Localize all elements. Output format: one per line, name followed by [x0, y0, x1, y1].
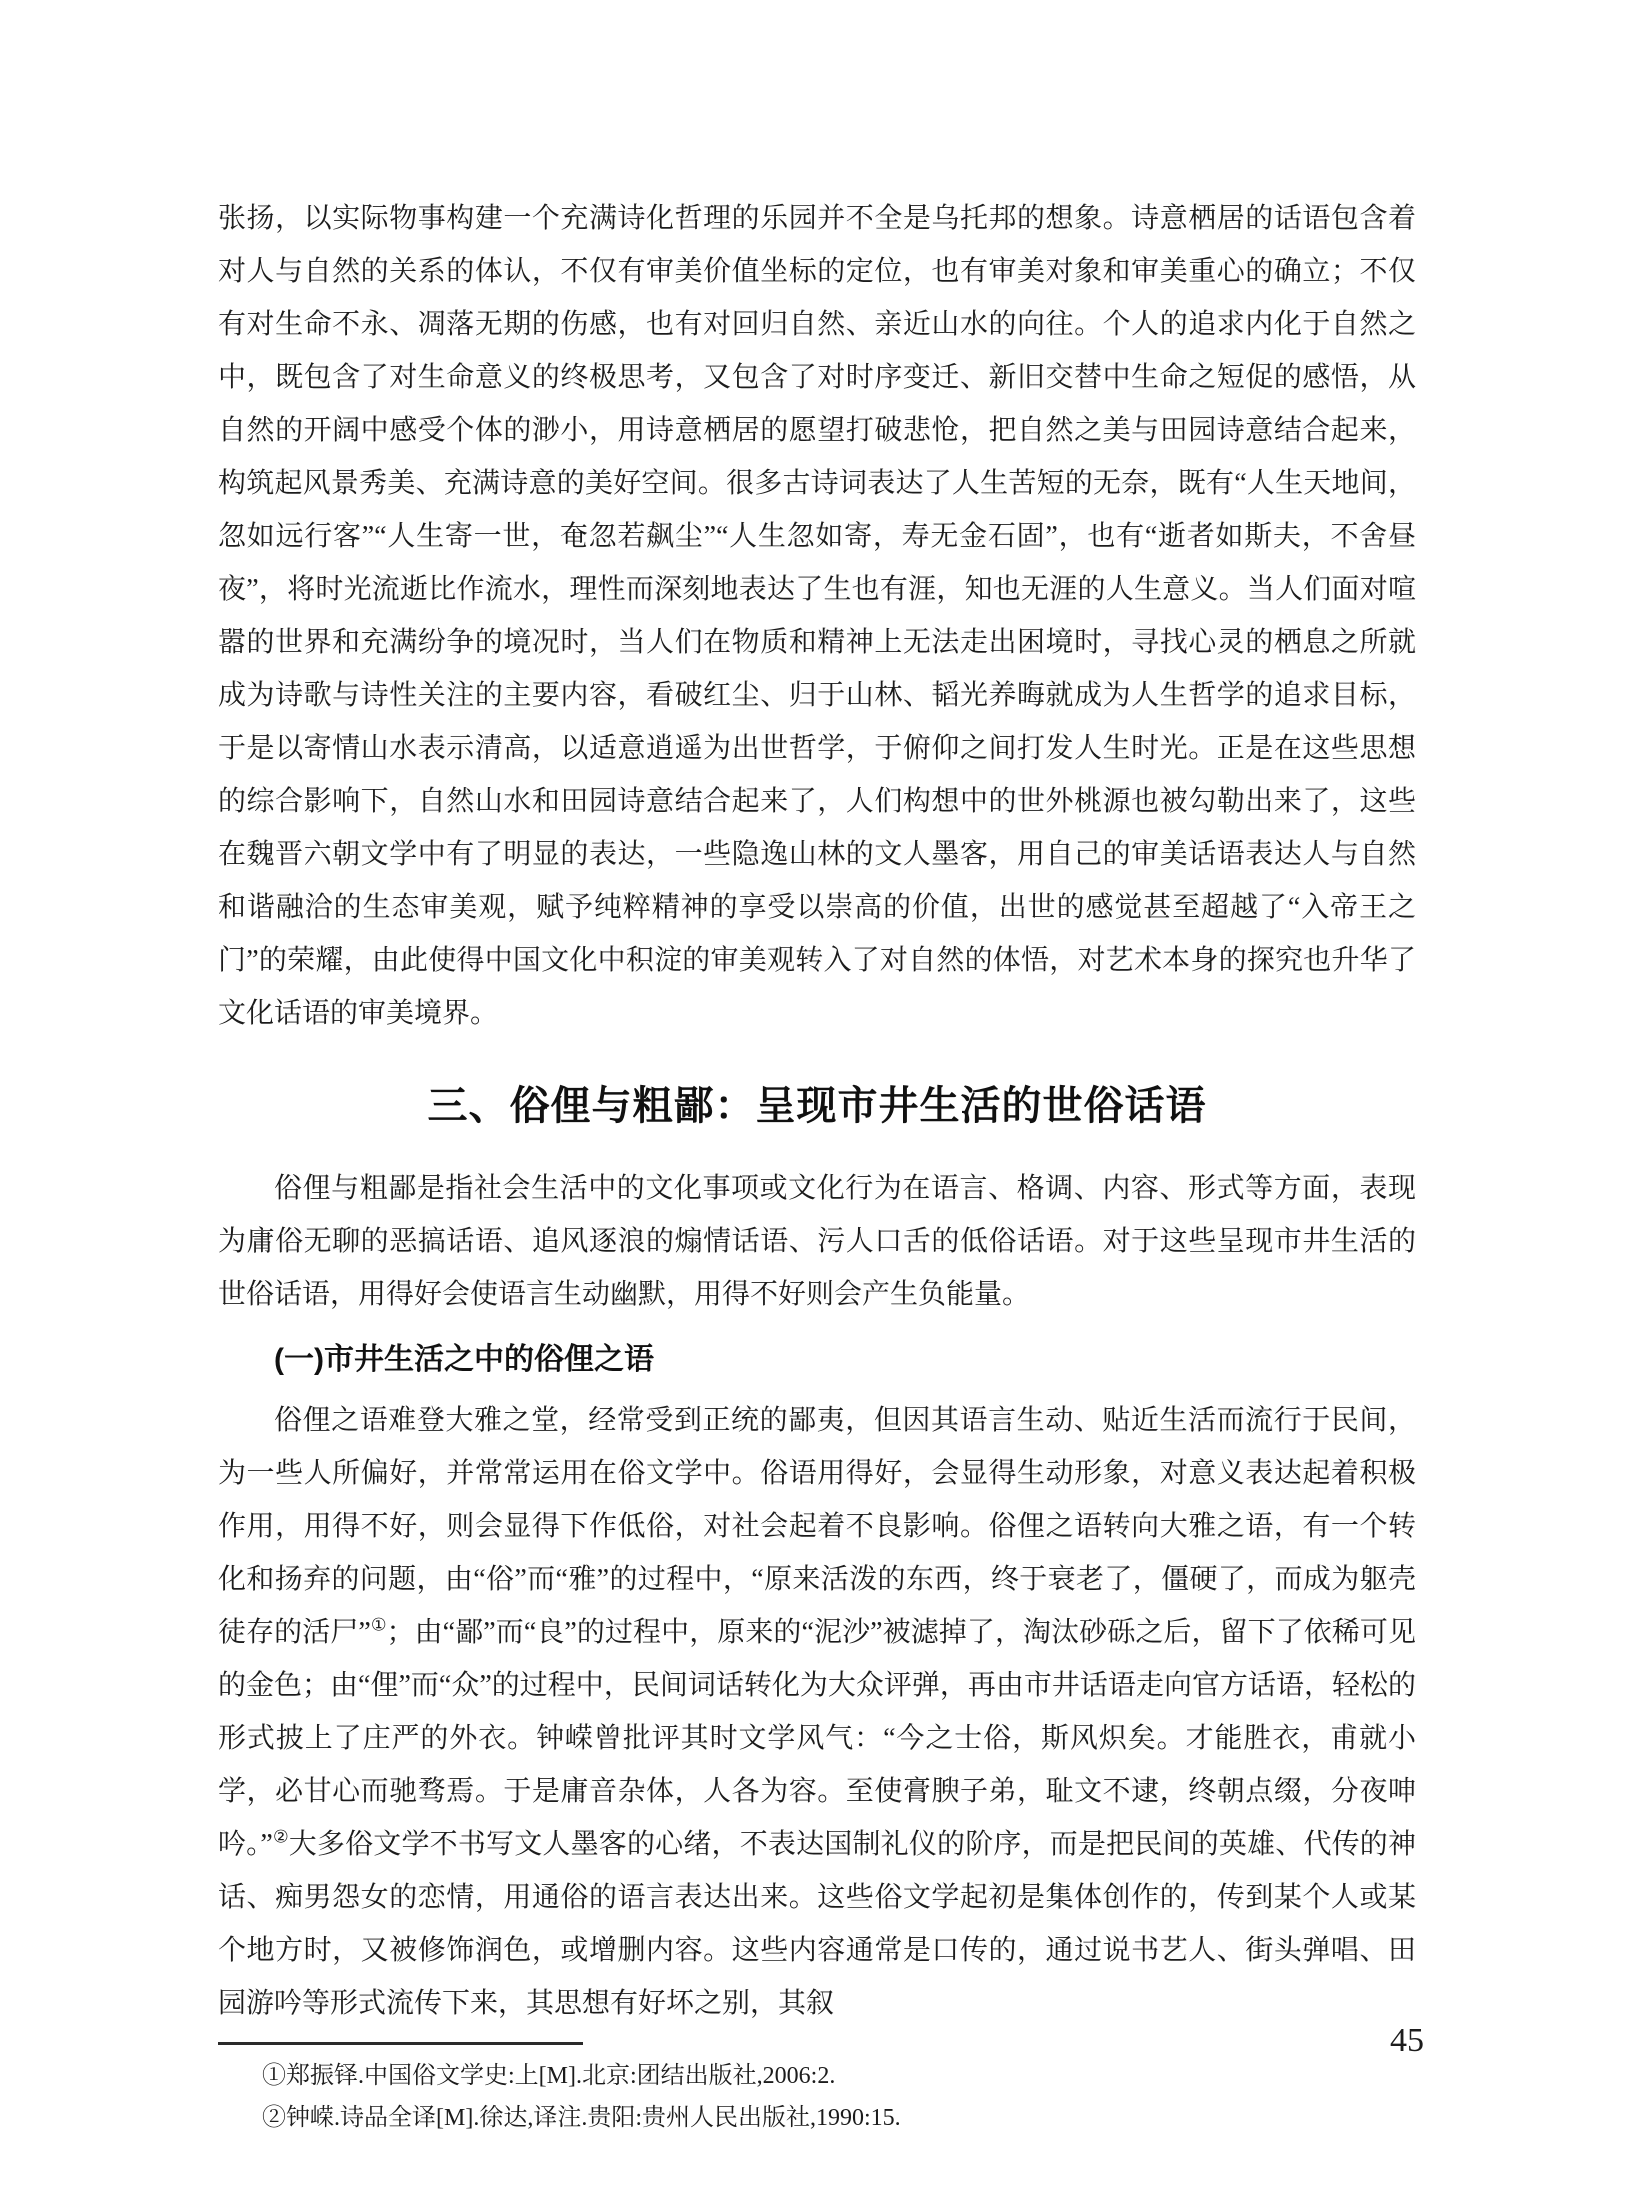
footnote-2-marker: ② — [262, 2105, 286, 2131]
section-heading: 三、俗俚与粗鄙：呈现市井生活的世俗话语 — [218, 1078, 1416, 1134]
page-number: 45 — [1390, 2022, 1424, 2060]
footnote-1-marker: ① — [262, 2063, 286, 2089]
paragraph-poetic-dwelling: 张扬，以实际物事构建一个充满诗化哲理的乐园并不全是乌托邦的想象。诗意栖居的话语包… — [218, 192, 1416, 1040]
paragraph-vulgar-discourse-intro: 俗俚与粗鄙是指社会生活中的文化事项或文化行为在语言、格调、内容、形式等方面，表现… — [218, 1162, 1416, 1321]
footnote-1-text: 郑振铎.中国俗文学史:上[M].北京:团结出版社,2006:2. — [286, 2063, 835, 2089]
footnote-2-text: 钟嵘.诗品全译[M].徐达,译注.贵阳:贵州人民出版社,1990:15. — [286, 2105, 901, 2131]
paragraph-folk-language: 俗俚之语难登大雅之堂，经常受到正统的鄙夷，但因其语言生动、贴近生活而流行于民间，… — [218, 1394, 1416, 2030]
subsection-heading: (一)市井生活之中的俗俚之语 — [218, 1333, 1416, 1386]
footnote-section: ①郑振铎.中国俗文学史:上[M].北京:团结出版社,2006:2. ②钟嵘.诗品… — [218, 2042, 1416, 2139]
footnote-1: ①郑振铎.中国俗文学史:上[M].北京:团结出版社,2006:2. — [218, 2055, 1416, 2097]
footnote-2: ②钟嵘.诗品全译[M].徐达,译注.贵阳:贵州人民出版社,1990:15. — [218, 2097, 1416, 2139]
main-text-column: 张扬，以实际物事构建一个充满诗化哲理的乐园并不全是乌托邦的想象。诗意栖居的话语包… — [218, 192, 1416, 2139]
document-page: 张扬，以实际物事构建一个充满诗化哲理的乐园并不全是乌托邦的想象。诗意栖居的话语包… — [0, 0, 1632, 2199]
footnote-divider — [218, 2042, 583, 2045]
